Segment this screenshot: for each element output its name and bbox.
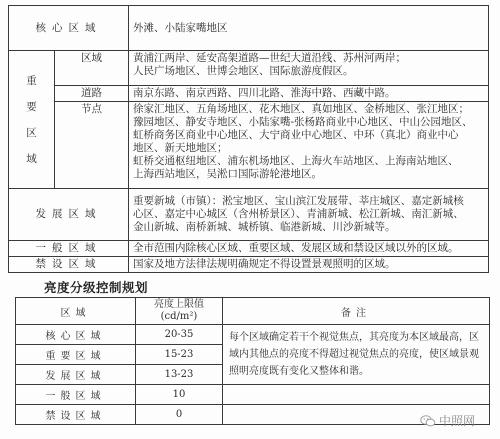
brightness-row: 一般区域 10	[16, 385, 490, 405]
zone-row-core: 核心区域 外滩、小陆家嘴地区	[9, 6, 489, 51]
brightness-limit: 15-23	[136, 345, 223, 365]
zone-content-important-area: 黄浦江两岸、延安高架道路—世纪大道沿线、苏州河两岸； 人民广场地区、世博会地区、…	[129, 51, 489, 86]
brightness-row: 核心区域 20-35 每个区域确定若干个视觉焦点，其亮度为本区域最高，区 域内其…	[16, 325, 490, 345]
lighting-zone-table: 核心区域 外滩、小陆家嘴地区 重 要 区 域 区域 黄浦江两岸、延安高架道路—世…	[8, 5, 489, 273]
zone-content-important-node: 徐家汇地区、五角场地区、花木地区、真如地区、金桥地区、张江地区； 豫园地区、静安…	[129, 102, 489, 189]
brightness-zone: 发展区域	[16, 365, 136, 385]
sublabel-area: 区域	[55, 51, 129, 86]
brightness-zone: 禁设区域	[16, 405, 136, 425]
brightness-note-empty	[223, 385, 490, 405]
zone-row-prohibited: 禁设区域 国家及地方法律法规明确规定不得设置景观照明的区域。	[9, 257, 489, 273]
sublabel-node: 节点	[55, 102, 129, 189]
zone-row-general: 一般区域 全市范围内除核心区域、重要区域、发展区域和禁设区域以外的区域。	[9, 241, 489, 257]
zone-label-development: 发展区域	[9, 189, 129, 241]
wechat-icon	[420, 415, 436, 427]
zone-row-important-road: 道路 南京东路、南京西路、四川北路、淮海中路、西藏中路。	[9, 86, 489, 102]
section-title: 亮度分级控制规划	[44, 278, 148, 296]
zone-label-general: 一般区域	[9, 241, 129, 257]
zone-content-prohibited: 国家及地方法律法规明确规定不得设置景观照明的区域。	[129, 257, 489, 273]
brightness-row: 禁设区域 0	[16, 405, 490, 425]
header-note: 备注	[223, 298, 490, 325]
brightness-limit: 13-23	[136, 365, 223, 385]
brightness-limit: 10	[136, 385, 223, 405]
zone-row-important-area: 重 要 区 域 区域 黄浦江两岸、延安高架道路—世纪大道沿线、苏州河两岸； 人民…	[9, 51, 489, 86]
sublabel-road: 道路	[55, 86, 129, 102]
header-limit: 亮度上限值 (cd/m²)	[136, 298, 223, 325]
zone-content-development: 重要新城（市镇）：淞宝地区、宝山滨江发展带、莘庄城区、嘉定新城核 心区、嘉定中心…	[129, 189, 489, 241]
zone-row-development: 发展区域 重要新城（市镇）：淞宝地区、宝山滨江发展带、莘庄城区、嘉定新城核 心区…	[9, 189, 489, 241]
brightness-table: 区域 亮度上限值 (cd/m²) 备注 核心区域 20-35 每个区域确定若干个…	[15, 297, 490, 425]
brightness-header-row: 区域 亮度上限值 (cd/m²) 备注	[16, 298, 490, 325]
brightness-note: 每个区域确定若干个视觉焦点，其亮度为本区域最高，区 域内其他点的亮度不得超过视觉…	[223, 325, 490, 385]
header-zone: 区域	[16, 298, 136, 325]
zone-content-core: 外滩、小陆家嘴地区	[129, 6, 489, 51]
brightness-limit: 0	[136, 405, 223, 425]
brightness-zone: 一般区域	[16, 385, 136, 405]
zone-label-prohibited: 禁设区域	[9, 257, 129, 273]
brightness-limit: 20-35	[136, 325, 223, 345]
zone-label-important: 重 要 区 域	[9, 51, 55, 189]
zone-content-general: 全市范围内除核心区域、重要区域、发展区域和禁设区域以外的区域。	[129, 241, 489, 257]
zone-content-important-road: 南京东路、南京西路、四川北路、淮海中路、西藏中路。	[129, 86, 489, 102]
watermark-text: 中照网	[439, 412, 475, 429]
document-page: 核心区域 外滩、小陆家嘴地区 重 要 区 域 区域 黄浦江两岸、延安高架道路—世…	[0, 0, 500, 439]
zone-row-important-node: 节点 徐家汇地区、五角场地区、花木地区、真如地区、金桥地区、张江地区； 豫园地区…	[9, 102, 489, 189]
brightness-zone: 核心区域	[16, 325, 136, 345]
zone-label-core: 核心区域	[9, 6, 129, 51]
watermark: 中照网	[420, 412, 475, 429]
brightness-zone: 重要区域	[16, 345, 136, 365]
